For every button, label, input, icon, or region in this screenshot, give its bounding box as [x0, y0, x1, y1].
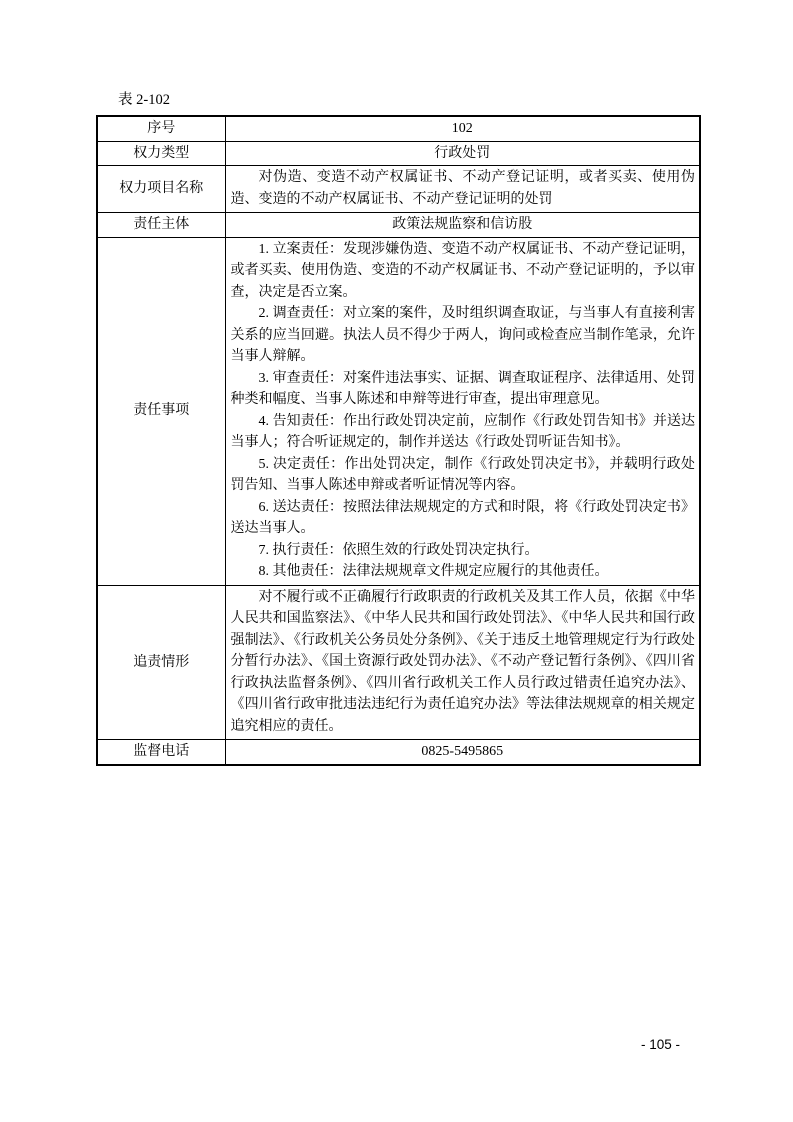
- row-label: 权力类型: [97, 141, 225, 166]
- row-value: 0825-5495865: [225, 740, 700, 765]
- responsibility-item: 4. 告知责任：作出行政处罚决定前，应制作《行政处罚告知书》并送达当事人；符合听…: [231, 411, 696, 454]
- row-supervision-phone: 监督电话 0825-5495865: [97, 740, 700, 765]
- document-page: 表 2-102 序号 102 权力类型 行政处罚 权力项目名称 对伪造、变造不动…: [0, 0, 793, 1122]
- row-label: 监督电话: [97, 740, 225, 765]
- responsibility-item: 6. 送达责任：按照法律法规规定的方式和时限，将《行政处罚决定书》送达当事人。: [231, 497, 696, 540]
- power-item-name-text: 对伪造、变造不动产权属证书、不动产登记证明，或者买卖、使用伪造、变造的不动产权属…: [231, 167, 696, 210]
- row-value: 1. 立案责任：发现涉嫌伪造、变造不动产权属证书、不动产登记证明，或者买卖、使用…: [225, 237, 700, 585]
- row-value: 102: [225, 116, 700, 141]
- row-power-type: 权力类型 行政处罚: [97, 141, 700, 166]
- page-number: - 105 -: [641, 1036, 680, 1054]
- accountability-text: 对不履行或不正确履行行政职责的行政机关及其工作人员，依据《中华人民共和国监察法》…: [231, 587, 696, 738]
- row-label: 责任事项: [97, 237, 225, 585]
- row-value: 对伪造、变造不动产权属证书、不动产登记证明，或者买卖、使用伪造、变造的不动产权属…: [225, 166, 700, 213]
- row-label: 责任主体: [97, 213, 225, 238]
- row-label: 序号: [97, 116, 225, 141]
- row-responsibility-subject: 责任主体 政策法规监察和信访股: [97, 213, 700, 238]
- row-value: 行政处罚: [225, 141, 700, 166]
- responsibility-item: 8. 其他责任：法律法规规章文件规定应履行的其他责任。: [231, 561, 696, 583]
- row-label: 权力项目名称: [97, 166, 225, 213]
- row-label: 追责情形: [97, 585, 225, 740]
- table-caption: 表 2-102: [118, 90, 170, 110]
- responsibility-item: 3. 审查责任：对案件违法事实、证据、调查取证程序、法律适用、处罚种类和幅度、当…: [231, 368, 696, 411]
- responsibility-item: 5. 决定责任：作出处罚决定，制作《行政处罚决定书》，并载明行政处罚告知、当事人…: [231, 454, 696, 497]
- row-responsibility-items: 责任事项 1. 立案责任：发现涉嫌伪造、变造不动产权属证书、不动产登记证明，或者…: [97, 237, 700, 585]
- responsibility-item: 7. 执行责任：依照生效的行政处罚决定执行。: [231, 540, 696, 562]
- power-duty-table: 序号 102 权力类型 行政处罚 权力项目名称 对伪造、变造不动产权属证书、不动…: [96, 115, 701, 766]
- responsibility-item: 1. 立案责任：发现涉嫌伪造、变造不动产权属证书、不动产登记证明，或者买卖、使用…: [231, 239, 696, 304]
- row-value: 对不履行或不正确履行行政职责的行政机关及其工作人员，依据《中华人民共和国监察法》…: [225, 585, 700, 740]
- row-serial-number: 序号 102: [97, 116, 700, 141]
- row-accountability-situations: 追责情形 对不履行或不正确履行行政职责的行政机关及其工作人员，依据《中华人民共和…: [97, 585, 700, 740]
- row-power-item-name: 权力项目名称 对伪造、变造不动产权属证书、不动产登记证明，或者买卖、使用伪造、变…: [97, 166, 700, 213]
- responsibility-item: 2. 调查责任：对立案的案件，及时组织调查取证，与当事人有直接利害关系的应当回避…: [231, 303, 696, 368]
- row-value: 政策法规监察和信访股: [225, 213, 700, 238]
